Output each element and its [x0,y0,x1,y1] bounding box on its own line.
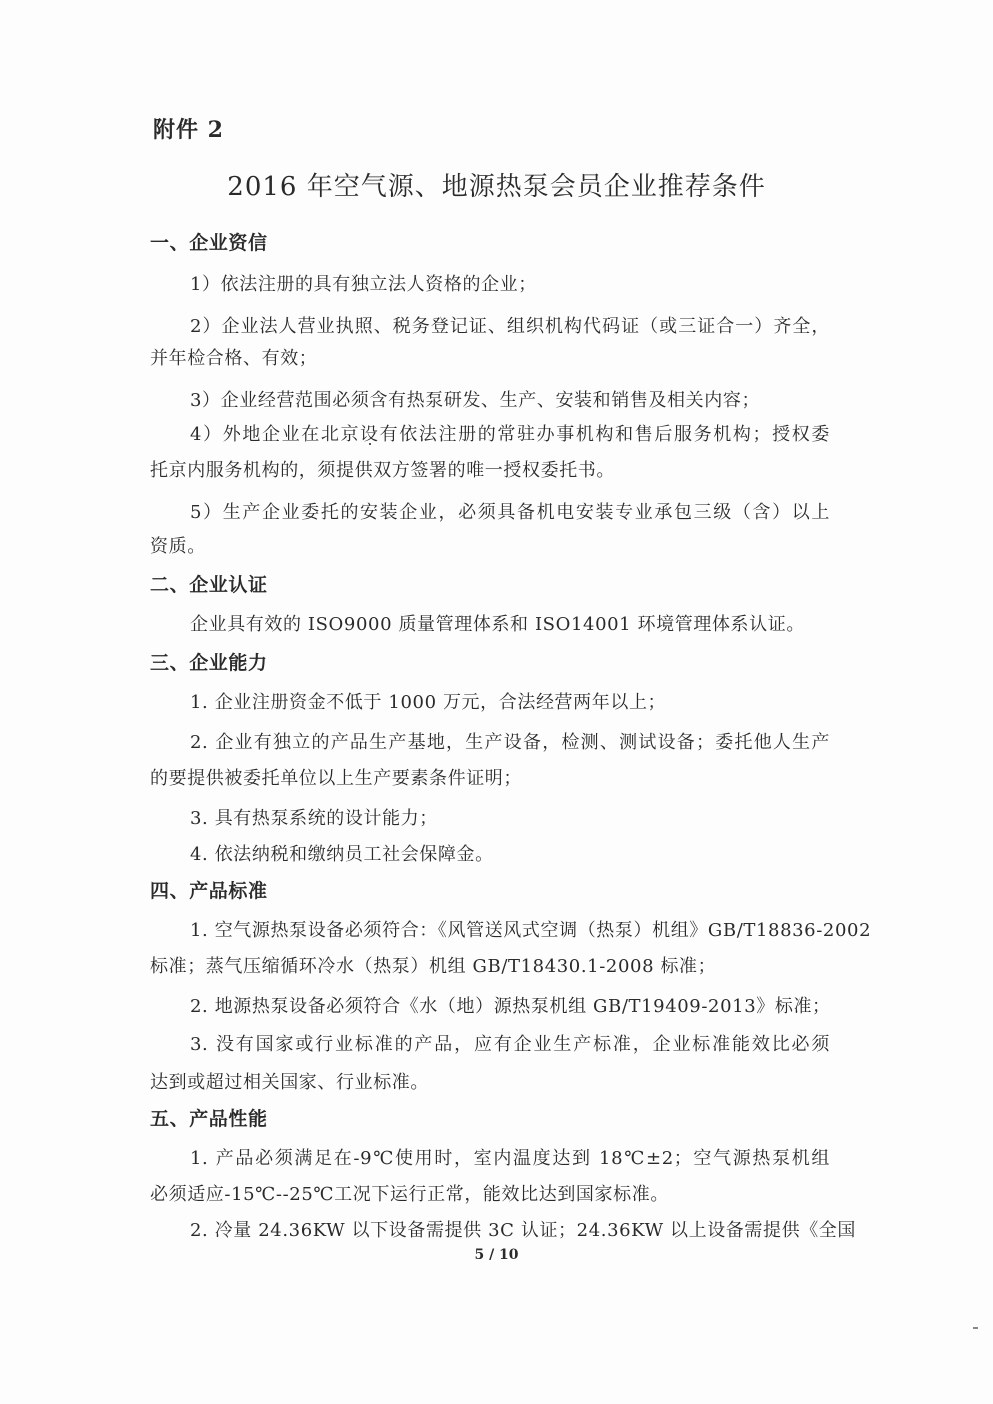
section-heading-standards: 四、产品标准 [150,876,268,903]
section-heading-qualifications: 一、企业资信 [150,228,268,255]
section-1-item-3-line-1: 3）企业经营范围必须含有热泵研发、生产、安装和销售及相关内容； [190,386,760,412]
section-heading-performance: 五、产品性能 [150,1104,268,1131]
section-4-item-1-line-1: 1. 空气源热泵设备必须符合：《风管送风式空调（热泵）机组》GB/T18836-… [190,916,830,942]
section-3-item-2-line-2: 的要提供被委托单位以上生产要素条件证明； [150,764,522,790]
section-5-item-1-line-1: 1. 产品必须满足在-9℃使用时，室内温度达到 18℃±2；空气源热泵机组 [190,1144,830,1170]
document-page: 附件 2 2016 年空气源、地源热泵会员企业推荐条件 一、企业资信 1）依法注… [0,0,993,1404]
section-4-item-2-line-1: 2. 地源热泵设备必须符合《水（地）源热泵机组 GB/T19409-2013》标… [190,992,831,1018]
document-title: 2016 年空气源、地源热泵会员企业推荐条件 [0,166,993,203]
section-3-item-4-line-1: 4. 依法纳税和缴纳员工社会保障金。 [190,840,494,866]
section-heading-capability: 三、企业能力 [150,648,268,675]
scan-speck [973,1327,978,1329]
section-4-item-3-line-1: 3. 没有国家或行业标准的产品，应有企业生产标准，企业标准能效比必须 [190,1030,830,1056]
attachment-label: 附件 2 [153,113,224,144]
scan-speck [369,443,371,445]
section-1-item-2-line-2: 并年检合格、有效； [150,344,317,370]
section-5-item-2-line-1: 2. 冷量 24.36KW 以下设备需提供 3C 认证；24.36KW 以上设备… [190,1216,830,1242]
section-1-item-1-line-1: 1）依法注册的具有独立法人资格的企业； [190,270,537,296]
section-3-item-2-line-1: 2. 企业有独立的产品生产基地，生产设备，检测、测试设备；委托他人生产 [190,728,830,754]
section-heading-certification: 二、企业认证 [150,570,268,597]
section-2-item-1-line-1: 企业具有效的 ISO9000 质量管理体系和 ISO14001 环境管理体系认证… [190,610,805,636]
section-5-item-1-line-2: 必须适应-15℃--25℃工况下运行正常，能效比达到国家标准。 [150,1180,669,1206]
section-1-item-4-line-2: 托京内服务机构的，须提供双方签署的唯一授权委托书。 [150,456,615,482]
section-3-item-1-line-1: 1. 企业注册资金不低于 1000 万元，合法经营两年以上； [190,688,666,714]
section-1-item-5-line-2: 资质。 [150,532,206,558]
section-1-item-4-line-1: 4）外地企业在北京设有依法注册的常驻办事机构和售后服务机构；授权委 [190,420,830,446]
section-1-item-5-line-1: 5）生产企业委托的安装企业，必须具备机电安装专业承包三级（含）以上 [190,498,830,524]
section-4-item-1-line-2: 标准；蒸气压缩循环冷水（热泵）机组 GB/T18430.1-2008 标准； [150,952,716,978]
section-4-item-3-line-2: 达到或超过相关国家、行业标准。 [150,1068,429,1094]
page-number: 5 / 10 [0,1247,993,1263]
section-1-item-2-line-1: 2）企业法人营业执照、税务登记证、组织机构代码证（或三证合一）齐全， [190,312,830,338]
section-3-item-3-line-1: 3. 具有热泵系统的设计能力； [190,804,438,830]
